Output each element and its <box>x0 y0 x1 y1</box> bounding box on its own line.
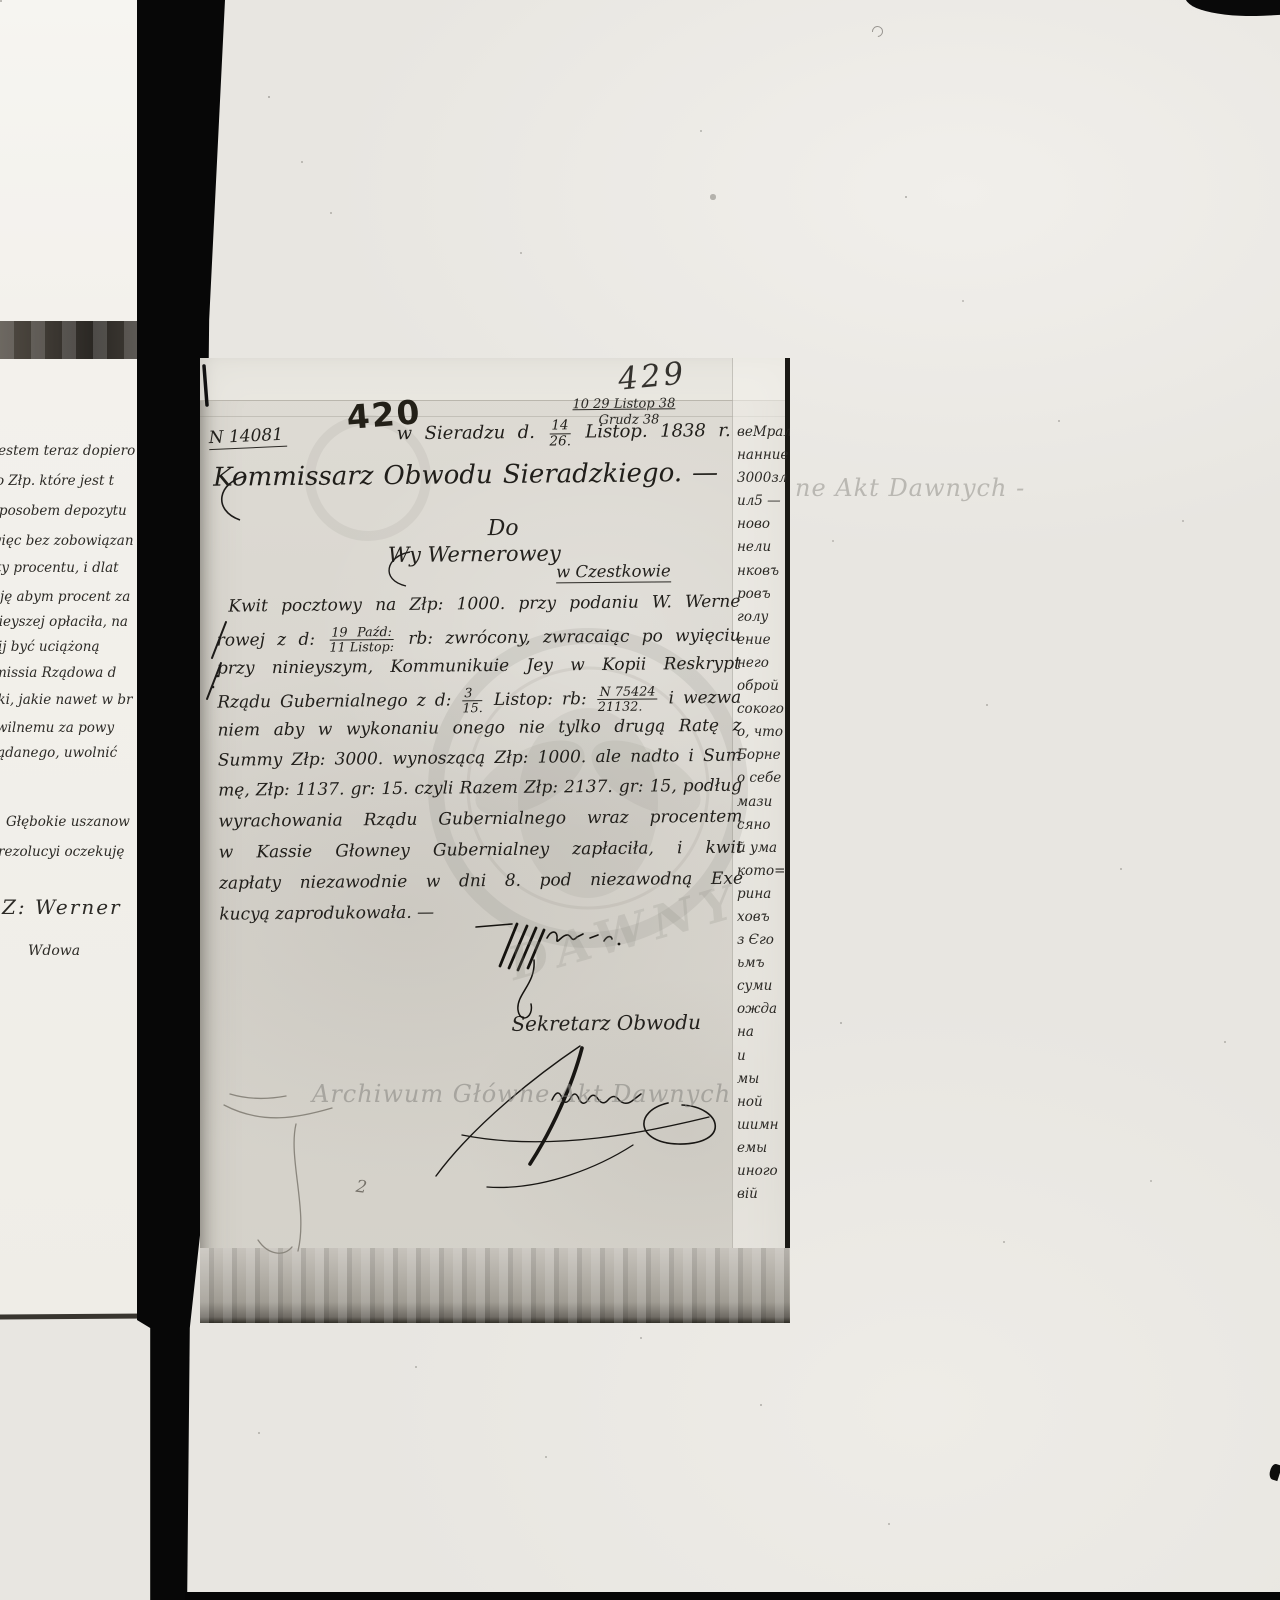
left-page-line: ij być uciążoną <box>0 639 100 655</box>
left-page-line: o Złp. które jest t <box>0 473 114 489</box>
scan-background: jestem teraz dopiero To o Złp. które jes… <box>0 0 1280 1600</box>
left-page-signature-role: Wdowa <box>28 943 80 959</box>
left-page-line: nieyszej opłaciła, na <box>0 614 128 630</box>
left-page-line: sposobem depozytu <box>0 503 127 519</box>
left-page-line: ty procentu, i dlat <box>0 560 119 576</box>
pencil-marks <box>224 1094 332 1253</box>
corner-blob <box>1185 0 1280 21</box>
heading-flourish <box>222 476 246 520</box>
addressee-flourish <box>389 552 410 586</box>
ink-marks-layer <box>200 358 790 1323</box>
left-page-line: więc bez zobowiązan <box>0 533 134 549</box>
left-page-closing-line: Głębokie uszanow <box>6 814 130 830</box>
left-page-line: aję abym procent za <box>0 589 130 605</box>
pen-tick <box>204 366 207 405</box>
left-page-line: wilnemu za powy <box>0 720 114 736</box>
signature-secretary <box>436 1046 715 1187</box>
left-page-line: jestem teraz dopiero To <box>0 443 140 459</box>
archive-watermark-partial: ne Akt Dawnych - <box>795 474 1025 502</box>
dust-specks <box>0 0 2 2</box>
left-page-top-block <box>0 0 140 322</box>
signature-commissioner <box>476 924 620 1018</box>
bottom-film-bar <box>185 1592 1280 1600</box>
left-page-signature: Z: Werner <box>2 895 122 919</box>
margin-slash-marks <box>207 622 226 699</box>
document-page: 429 10 29 Listop 38 Grudz 38 N 14081 420… <box>200 358 790 1323</box>
left-page-fragment: jestem teraz dopiero To o Złp. które jes… <box>0 359 140 1317</box>
left-page-bottom-edge <box>0 1313 152 1319</box>
left-page-line: tki, jakie nawet w br <box>0 692 132 708</box>
left-page-line: żądanego, uwolnić <box>0 745 117 761</box>
edge-tick-mark <box>1268 1463 1280 1481</box>
left-page-line: missia Rządowa d <box>0 665 116 681</box>
ring-speck <box>870 24 885 39</box>
left-page-closing-line: rezolucyi oczekuję <box>0 844 124 860</box>
